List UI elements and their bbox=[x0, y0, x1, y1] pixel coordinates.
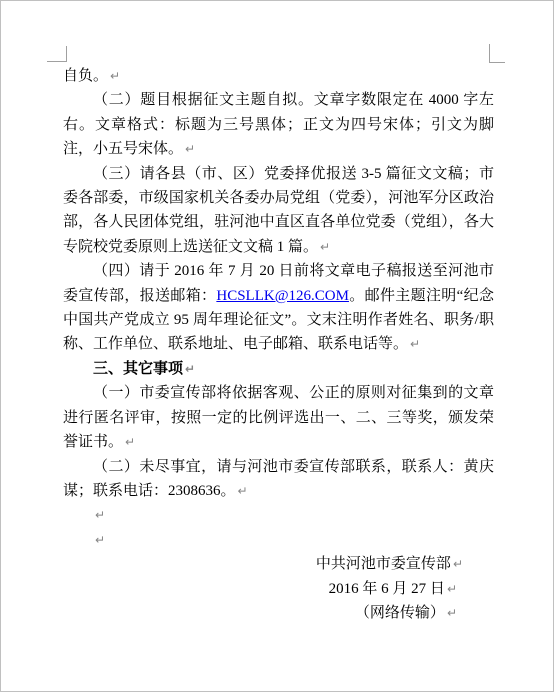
paragraph-mark-icon: ↵ bbox=[183, 362, 195, 376]
text-run: 自负。 bbox=[63, 68, 108, 84]
heading-section-three: 三、其它事项↵ bbox=[63, 357, 494, 381]
paragraph-other-one: （一）市委宣传部将依据客观、公正的原则对征集到的文章进行匿名评审，按照一定的比例… bbox=[63, 381, 494, 454]
text-run: （网络传输） bbox=[355, 605, 445, 621]
text-run: 中共河池市委宣传部 bbox=[316, 556, 451, 572]
paragraph-mark-icon: ↵ bbox=[123, 435, 135, 449]
paragraph-mark-icon: ↵ bbox=[93, 508, 105, 522]
paragraph-mark-icon: ↵ bbox=[445, 582, 457, 596]
paragraph-mark-icon: ↵ bbox=[445, 606, 457, 620]
email-link[interactable]: HCSLLK@126.COM bbox=[216, 288, 349, 304]
text-run: （三）请各县（市、区）党委择优报送 3-5 篇征文文稿；市委各部委，市级国家机关… bbox=[63, 166, 494, 255]
text-run: 2016 年 6 月 27 日 bbox=[329, 581, 445, 597]
paragraph-item-three: （三）请各县（市、区）党委择优报送 3-5 篇征文文稿；市委各部委，市级国家机关… bbox=[63, 162, 494, 260]
paragraph-item-four: （四）请于 2016 年 7 月 20 日前将文章电子稿报送至河池市委宣传部，报… bbox=[63, 259, 494, 357]
paragraph-item-two: （二）题目根据征文主题自拟。文章字数限定在 4000 字左右。文章格式：标题为三… bbox=[63, 88, 494, 161]
paragraph-mark-icon: ↵ bbox=[318, 240, 330, 254]
empty-paragraph: ↵ bbox=[63, 528, 494, 552]
margin-corner-top-left-mark bbox=[47, 46, 67, 62]
empty-paragraph: ↵ bbox=[63, 503, 494, 527]
paragraph-mark-icon: ↵ bbox=[408, 337, 420, 351]
signature-org: 中共河池市委宣传部↵ bbox=[63, 552, 494, 576]
paragraph-mark-icon: ↵ bbox=[183, 142, 195, 156]
paragraph-other-two: （二）未尽事宜，请与河池市委宣传部联系，联系人：黄庆谋；联系电话：2308636… bbox=[63, 455, 494, 504]
paragraph-mark-icon: ↵ bbox=[451, 557, 463, 571]
paragraph-mark-icon: ↵ bbox=[236, 484, 248, 498]
paragraph-carryover: 自负。↵ bbox=[63, 64, 494, 88]
document-body: 自负。↵（二）题目根据征文主题自拟。文章字数限定在 4000 字左右。文章格式：… bbox=[63, 64, 494, 625]
paragraph-mark-icon: ↵ bbox=[93, 533, 105, 547]
document-page: 自负。↵（二）题目根据征文主题自拟。文章字数限定在 4000 字左右。文章格式：… bbox=[0, 0, 554, 692]
text-run: 三、其它事项 bbox=[93, 360, 183, 377]
signature-date: 2016 年 6 月 27 日↵ bbox=[63, 577, 494, 601]
signature-note: （网络传输）↵ bbox=[63, 601, 494, 625]
text-run: （二）题目根据征文主题自拟。文章字数限定在 4000 字左右。文章格式：标题为三… bbox=[63, 92, 494, 157]
margin-corner-top-right-mark bbox=[489, 44, 505, 63]
paragraph-mark-icon: ↵ bbox=[108, 69, 120, 83]
text-run: （二）未尽事宜，请与河池市委宣传部联系，联系人：黄庆谋；联系电话：2308636… bbox=[63, 459, 494, 499]
